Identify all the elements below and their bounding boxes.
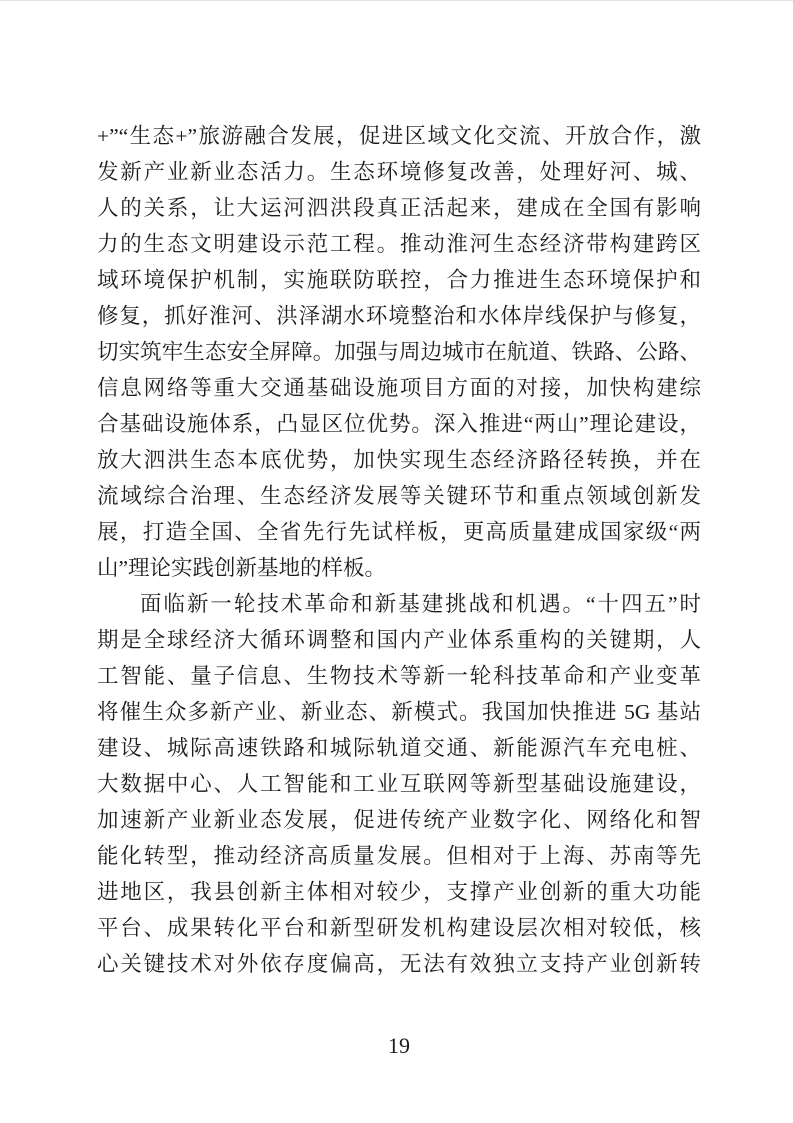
text-line: 修复，抓好淮河、洪泽湖水环境整治和水体岸线保护与修复， xyxy=(97,298,701,334)
document-page: +”“生态+”旅游融合发展，促进区域文化交流、开放合作，激发新产业新业态活力。生… xyxy=(0,0,793,1123)
text-line: 流域综合治理、生态经济发展等关键环节和重点领域创新发 xyxy=(97,478,701,514)
text-line: 切实筑牢生态安全屏障。加强与周边城市在航道、铁路、公路、 xyxy=(97,334,701,370)
text-line: 域环境保护机制，实施联防联控，合力推进生态环境保护和 xyxy=(97,262,701,298)
text-line: 展，打造全国、全省先行先试样板，更高质量建成国家级“两 xyxy=(97,514,701,550)
text-line: 平台、成果转化平台和新型研发机构建设层次相对较低，核 xyxy=(97,910,701,946)
text-line: 建设、城际高速铁路和城际轨道交通、新能源汽车充电桩、 xyxy=(97,730,701,766)
text-line: 心关键技术对外依存度偏高，无法有效独立支持产业创新转 xyxy=(97,946,701,982)
text-line: 期是全球经济大循环调整和国内产业体系重构的关键期，人 xyxy=(97,622,701,658)
text-line: 进地区，我县创新主体相对较少，支撑产业创新的重大功能 xyxy=(97,874,701,910)
text-line: 能化转型，推动经济高质量发展。但相对于上海、苏南等先 xyxy=(97,838,701,874)
text-line: 加速新产业新业态发展，促进传统产业数字化、网络化和智 xyxy=(97,802,701,838)
text-line: 放大泗洪生态本底优势，加快实现生态经济路径转换，并在 xyxy=(97,442,701,478)
text-line: 合基础设施体系，凸显区位优势。深入推进“两山”理论建设， xyxy=(97,406,701,442)
text-line: 面临新一轮技术革命和新基建挑战和机遇。“十四五”时 xyxy=(97,586,701,622)
text-line: 发新产业新业态活力。生态环境修复改善，处理好河、城、 xyxy=(97,154,701,190)
page-number: 19 xyxy=(97,1031,701,1061)
text-line: 将催生众多新产业、新业态、新模式。我国加快推进 5G 基站 xyxy=(97,694,701,730)
text-line: +”“生态+”旅游融合发展，促进区域文化交流、开放合作，激 xyxy=(97,118,701,154)
text-line: 人的关系，让大运河泗洪段真正活起来，建成在全国有影响 xyxy=(97,190,701,226)
text-line: 信息网络等重大交通基础设施项目方面的对接，加快构建综 xyxy=(97,370,701,406)
text-line: 力的生态文明建设示范工程。推动淮河生态经济带构建跨区 xyxy=(97,226,701,262)
text-line: 工智能、量子信息、生物技术等新一轮科技革命和产业变革 xyxy=(97,658,701,694)
text-line: 大数据中心、人工智能和工业互联网等新型基础设施建设， xyxy=(97,766,701,802)
text-line: 山”理论实践创新基地的样板。 xyxy=(97,550,701,586)
text-block: +”“生态+”旅游融合发展，促进区域文化交流、开放合作，激发新产业新业态活力。生… xyxy=(97,118,701,982)
